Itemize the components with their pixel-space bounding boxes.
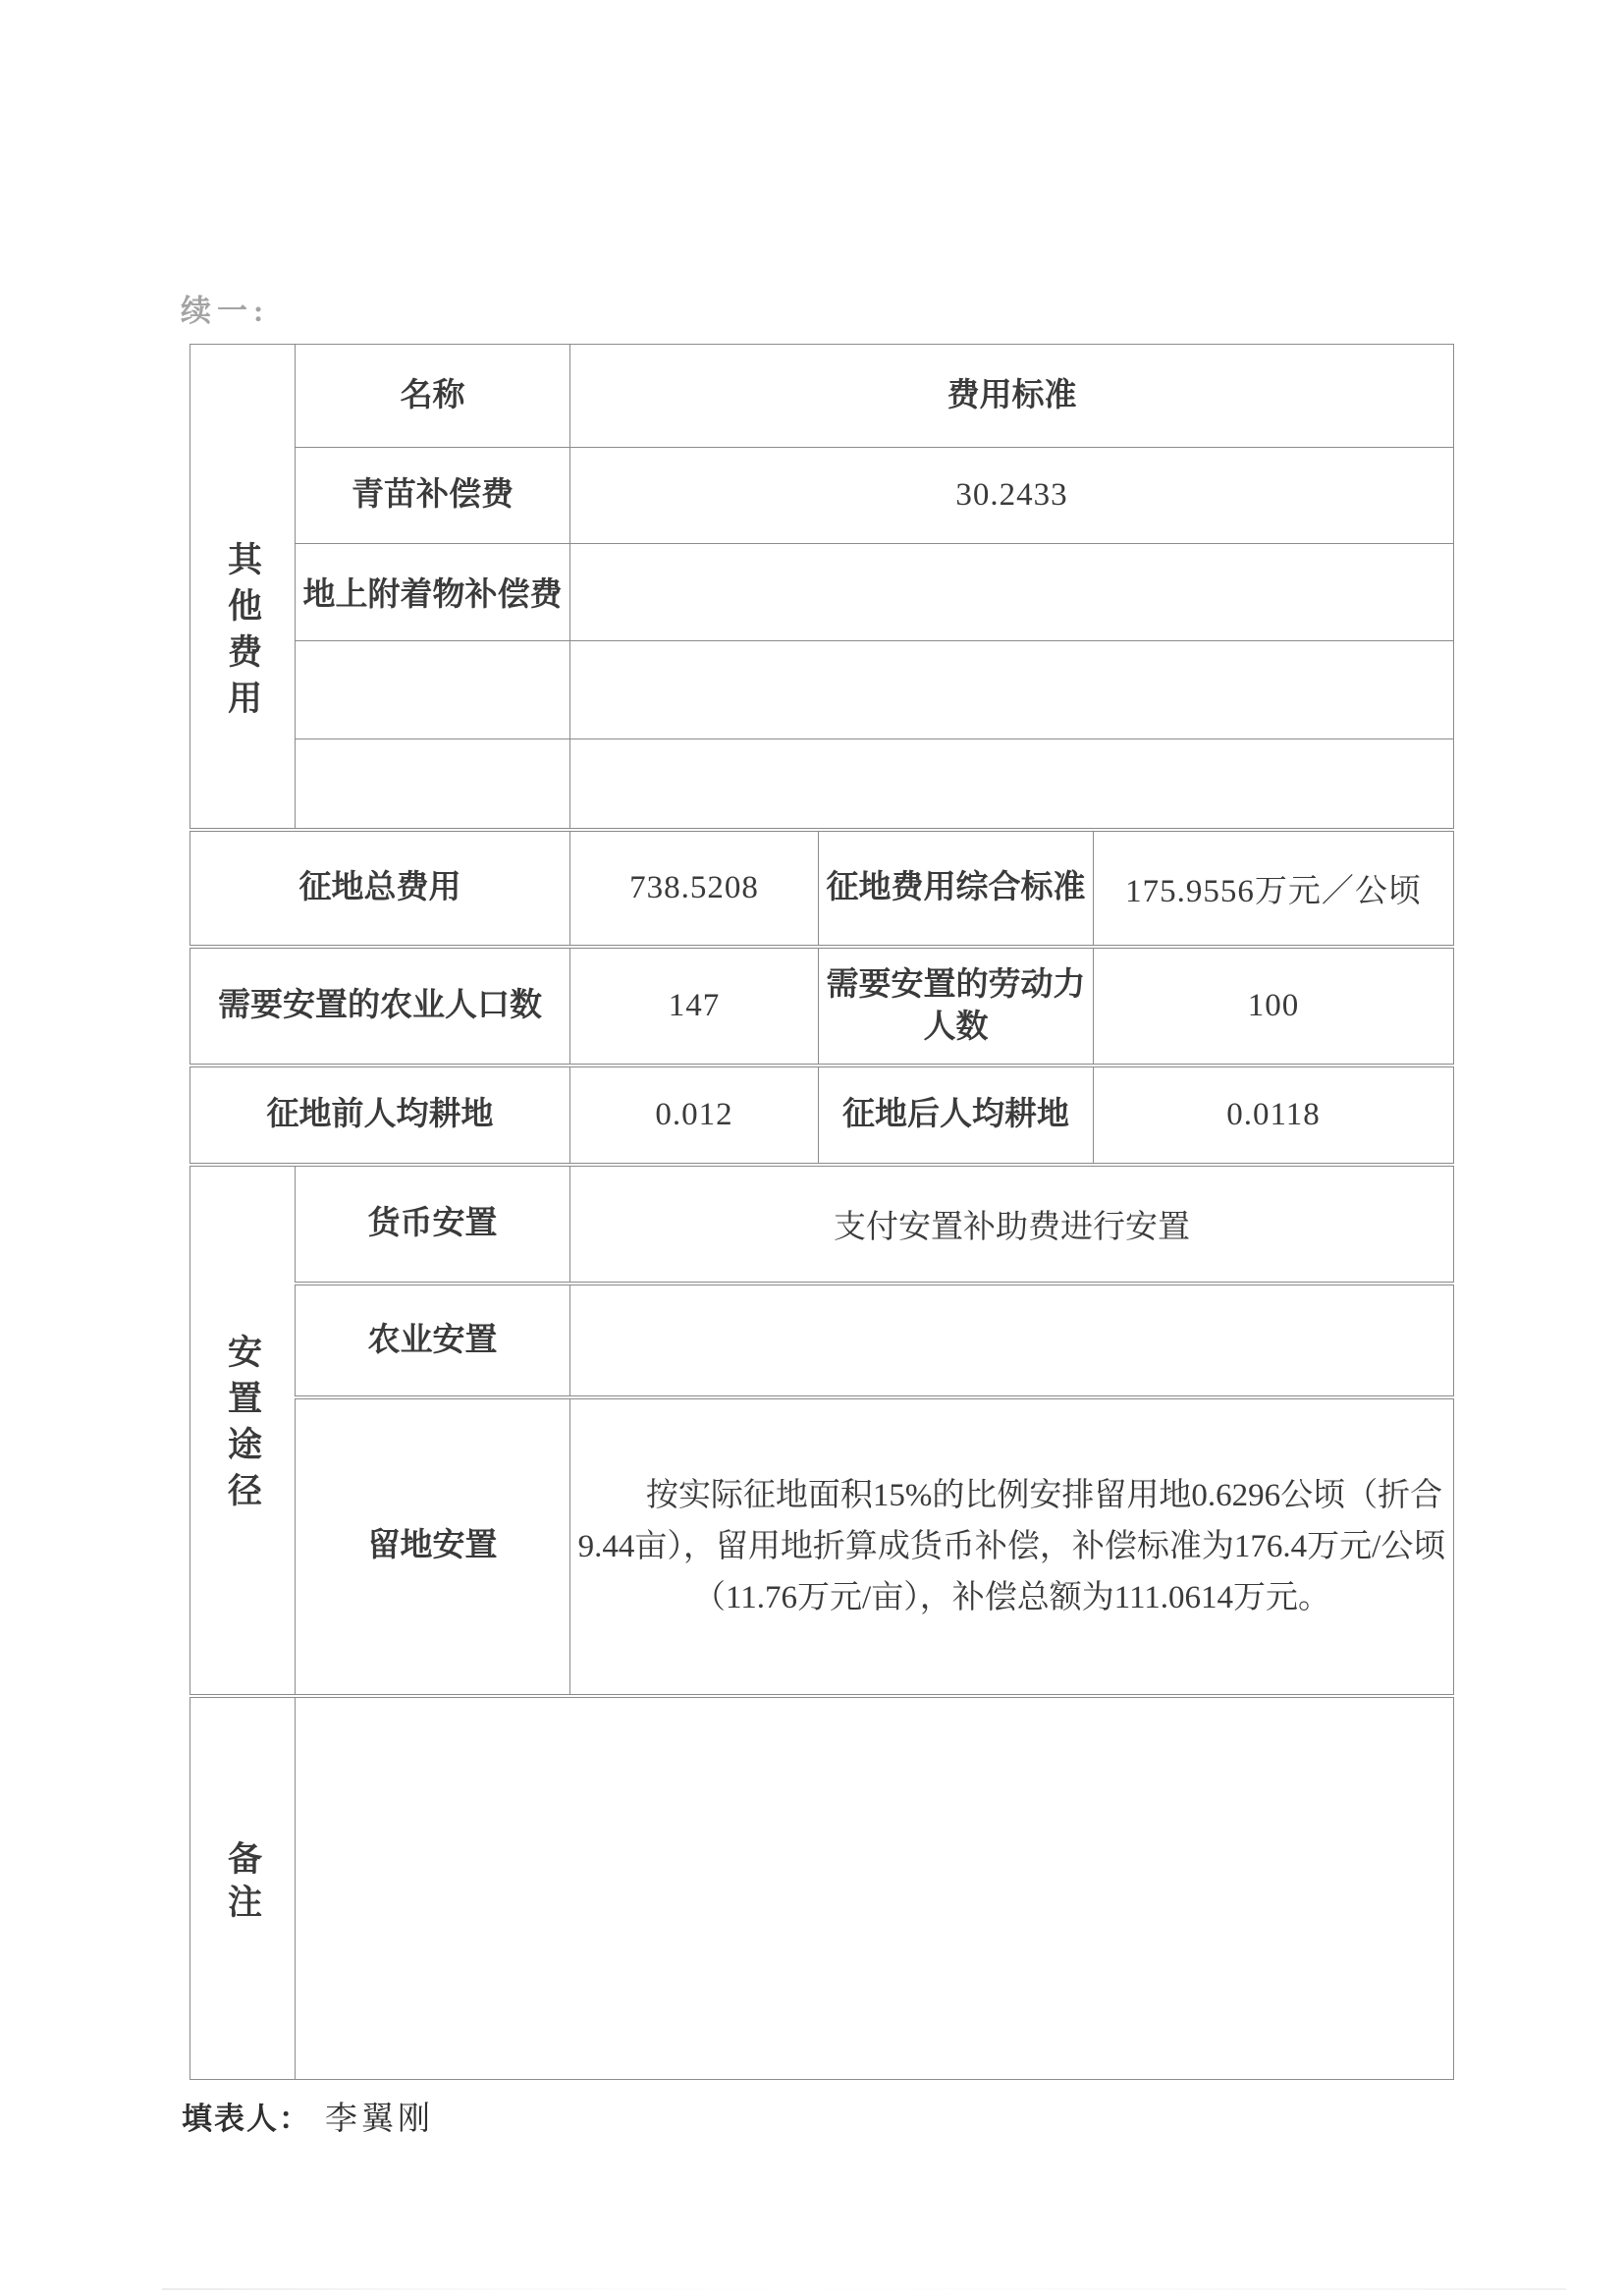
per-capita-after-value: 0.0118 [1094,1066,1454,1164]
table-row: 安置途径 货币安置 支付安置补助费进行安置 [190,1165,1454,1284]
table-row: 青苗补偿费 30.2433 [190,448,1454,543]
table-row: 其他费用 名称 费用标准 [190,345,1454,448]
per-capita-after-label: 征地后人均耕地 [819,1066,1094,1164]
labor-count-label: 需要安置的劳动力人数 [819,947,1094,1066]
table-row [190,641,1454,738]
fee-name-ground-attachments: 地上附着物补偿费 [296,543,570,640]
table-row: 征地总费用 738.5208 征地费用综合标准 175.9556万元／公顷 [190,830,1454,946]
header-name: 名称 [296,345,570,448]
fee-name-young-crops: 青苗补偿费 [296,448,570,543]
table-row: 需要安置的农业人口数 147 需要安置的劳动力人数 100 [190,947,1454,1066]
scan-edge-artifact [162,2288,1566,2290]
table-row: 农业安置 [190,1284,1454,1396]
table-row [190,738,1454,830]
preparer-name: 李翼刚 [325,2102,434,2137]
section-label-resettlement: 安置途径 [226,1334,260,1518]
total-fee-value: 738.5208 [570,830,819,946]
fee-value-empty-1 [570,641,1454,738]
fee-value-empty-2 [570,738,1454,830]
table-row: 地上附着物补偿费 [190,543,1454,640]
section-cell-resettlement: 安置途径 [190,1165,296,1696]
composite-standard-label: 征地费用综合标准 [819,830,1094,946]
section-label-other-fees: 其他费用 [226,541,260,726]
land-acquisition-form-table: 其他费用 名称 费用标准 青苗补偿费 30.2433 地上附着物补偿费 征地总费… [189,344,1454,2080]
agri-population-label: 需要安置的农业人口数 [190,947,570,1066]
composite-standard-value: 175.9556万元／公顷 [1094,830,1454,946]
agricultural-resettlement-label: 农业安置 [296,1284,570,1396]
agricultural-resettlement-value [570,1284,1454,1396]
table-row: 备注 [190,1696,1454,2080]
fee-value-young-crops: 30.2433 [570,448,1454,543]
monetary-resettlement-label: 货币安置 [296,1165,570,1284]
fee-value-ground-attachments [570,543,1454,640]
labor-count-value: 100 [1094,947,1454,1066]
section-label-remarks: 备注 [226,1840,260,1927]
remarks-content [296,1696,1454,2080]
table-row: 留地安置 按实际征地面积15%的比例安排留用地0.6296公顷（折合9.44亩）… [190,1397,1454,1696]
scanned-form-page: 续一: 其他费用 名称 费用标准 青苗补偿费 30.2433 地上附着物补偿费 [0,0,1623,2296]
land-retention-label: 留地安置 [296,1397,570,1696]
agri-population-value: 147 [570,947,819,1066]
land-retention-value: 按实际征地面积15%的比例安排留用地0.6296公顷（折合9.44亩），留用地折… [570,1397,1454,1696]
table-row: 征地前人均耕地 0.012 征地后人均耕地 0.0118 [190,1066,1454,1164]
preparer-label: 填表人： [182,2102,311,2136]
per-capita-before-label: 征地前人均耕地 [190,1066,570,1164]
land-retention-paragraph: 按实际征地面积15%的比例安排留用地0.6296公顷（折合9.44亩），留用地折… [572,1470,1451,1623]
fee-name-empty-2 [296,738,570,830]
fee-name-empty-1 [296,641,570,738]
header-fee-standard: 费用标准 [570,345,1454,448]
monetary-resettlement-value: 支付安置补助费进行安置 [570,1165,1454,1284]
per-capita-before-value: 0.012 [570,1066,819,1164]
preparer-line: 填表人：李翼刚 [182,2093,434,2139]
continuation-label: 续一: [181,286,269,330]
section-cell-remarks: 备注 [190,1696,296,2080]
total-fee-label: 征地总费用 [190,830,570,946]
section-cell-other-fees: 其他费用 [190,345,296,831]
